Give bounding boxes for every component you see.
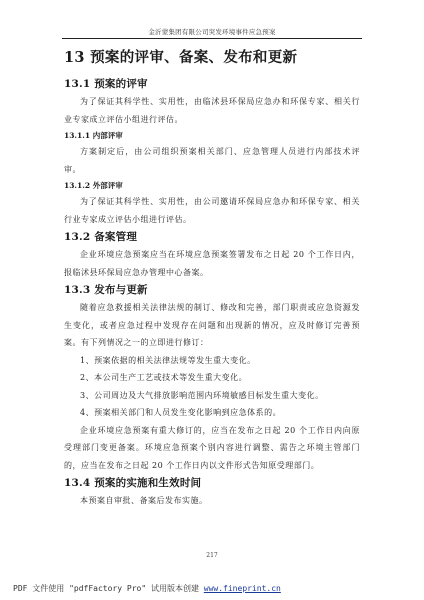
subsection-13-1-1-text: 方案制定后，由公司组织预案相关部门、应急管理人员进行内部技术评审。 xyxy=(64,143,360,178)
section-13-3-intro: 随着应急救援相关法律法规的制订、修改和完善，部门职责或应急资源发生变化，或者应急… xyxy=(64,299,360,352)
section-13-4-text: 本预案自审批、备案后发布实施。 xyxy=(64,492,360,510)
revision-condition-item: 1、预案依据的相关法律法规等发生重大变化。 xyxy=(64,352,360,370)
section-13-1-intro: 为了保证其科学性、实用性，由临沭县环保局应急办和环保专家、相关行业专家成立评估小… xyxy=(64,93,360,128)
fineprint-link[interactable]: www.fineprint.cn xyxy=(204,584,281,593)
page-number: 217 xyxy=(0,552,424,559)
section-13-2-text: 企业环境应急预案应当在环境应急预案签署发布之日起 20 个工作日内，报临沭县环保… xyxy=(64,246,360,281)
subsection-13-1-1-title: 13.1.1 内部评审 xyxy=(64,128,360,143)
section-13-3-closing: 企业环境应急预案有重大修订的，应当在发布之日起 20 个工作日内向原受理部门变更… xyxy=(64,422,360,475)
chapter-title: 13 预案的评审、备案、发布和更新 xyxy=(64,47,360,69)
revision-condition-item: 3、公司周边及大气排放影响范围内环境敏感目标发生重大变化。 xyxy=(64,387,360,405)
pdf-footer-text: PDF 文件使用 "pdfFactory Pro" 试用版本创建 xyxy=(13,584,204,593)
section-13-3-title: 13.3 发布与更新 xyxy=(64,281,360,299)
revision-condition-item: 2、本公司生产工艺或技术等发生重大变化。 xyxy=(64,369,360,387)
section-13-1-title: 13.1 预案的评审 xyxy=(64,75,360,93)
header-divider xyxy=(62,38,362,39)
revision-condition-item: 4、预案相关部门和人员发生变化影响到应急体系的。 xyxy=(64,404,360,422)
page-content: 13 预案的评审、备案、发布和更新 13.1 预案的评审 为了保证其科学性、实用… xyxy=(64,47,360,510)
section-13-4-title: 13.4 预案的实施和生效时间 xyxy=(64,474,360,492)
section-13-2-title: 13.2 备案管理 xyxy=(64,228,360,246)
running-header: 金沂蒙集团有限公司突发环境事件应急预案 xyxy=(62,27,362,36)
subsection-13-1-2-title: 13.1.2 外部评审 xyxy=(64,178,360,193)
pdf-watermark-footer: PDF 文件使用 "pdfFactory Pro" 试用版本创建 www.fin… xyxy=(13,583,281,594)
subsection-13-1-2-text: 为了保证其科学性、实用性，由公司邀请环保局应急办和环保专家、相关行业专家成立评估… xyxy=(64,193,360,228)
